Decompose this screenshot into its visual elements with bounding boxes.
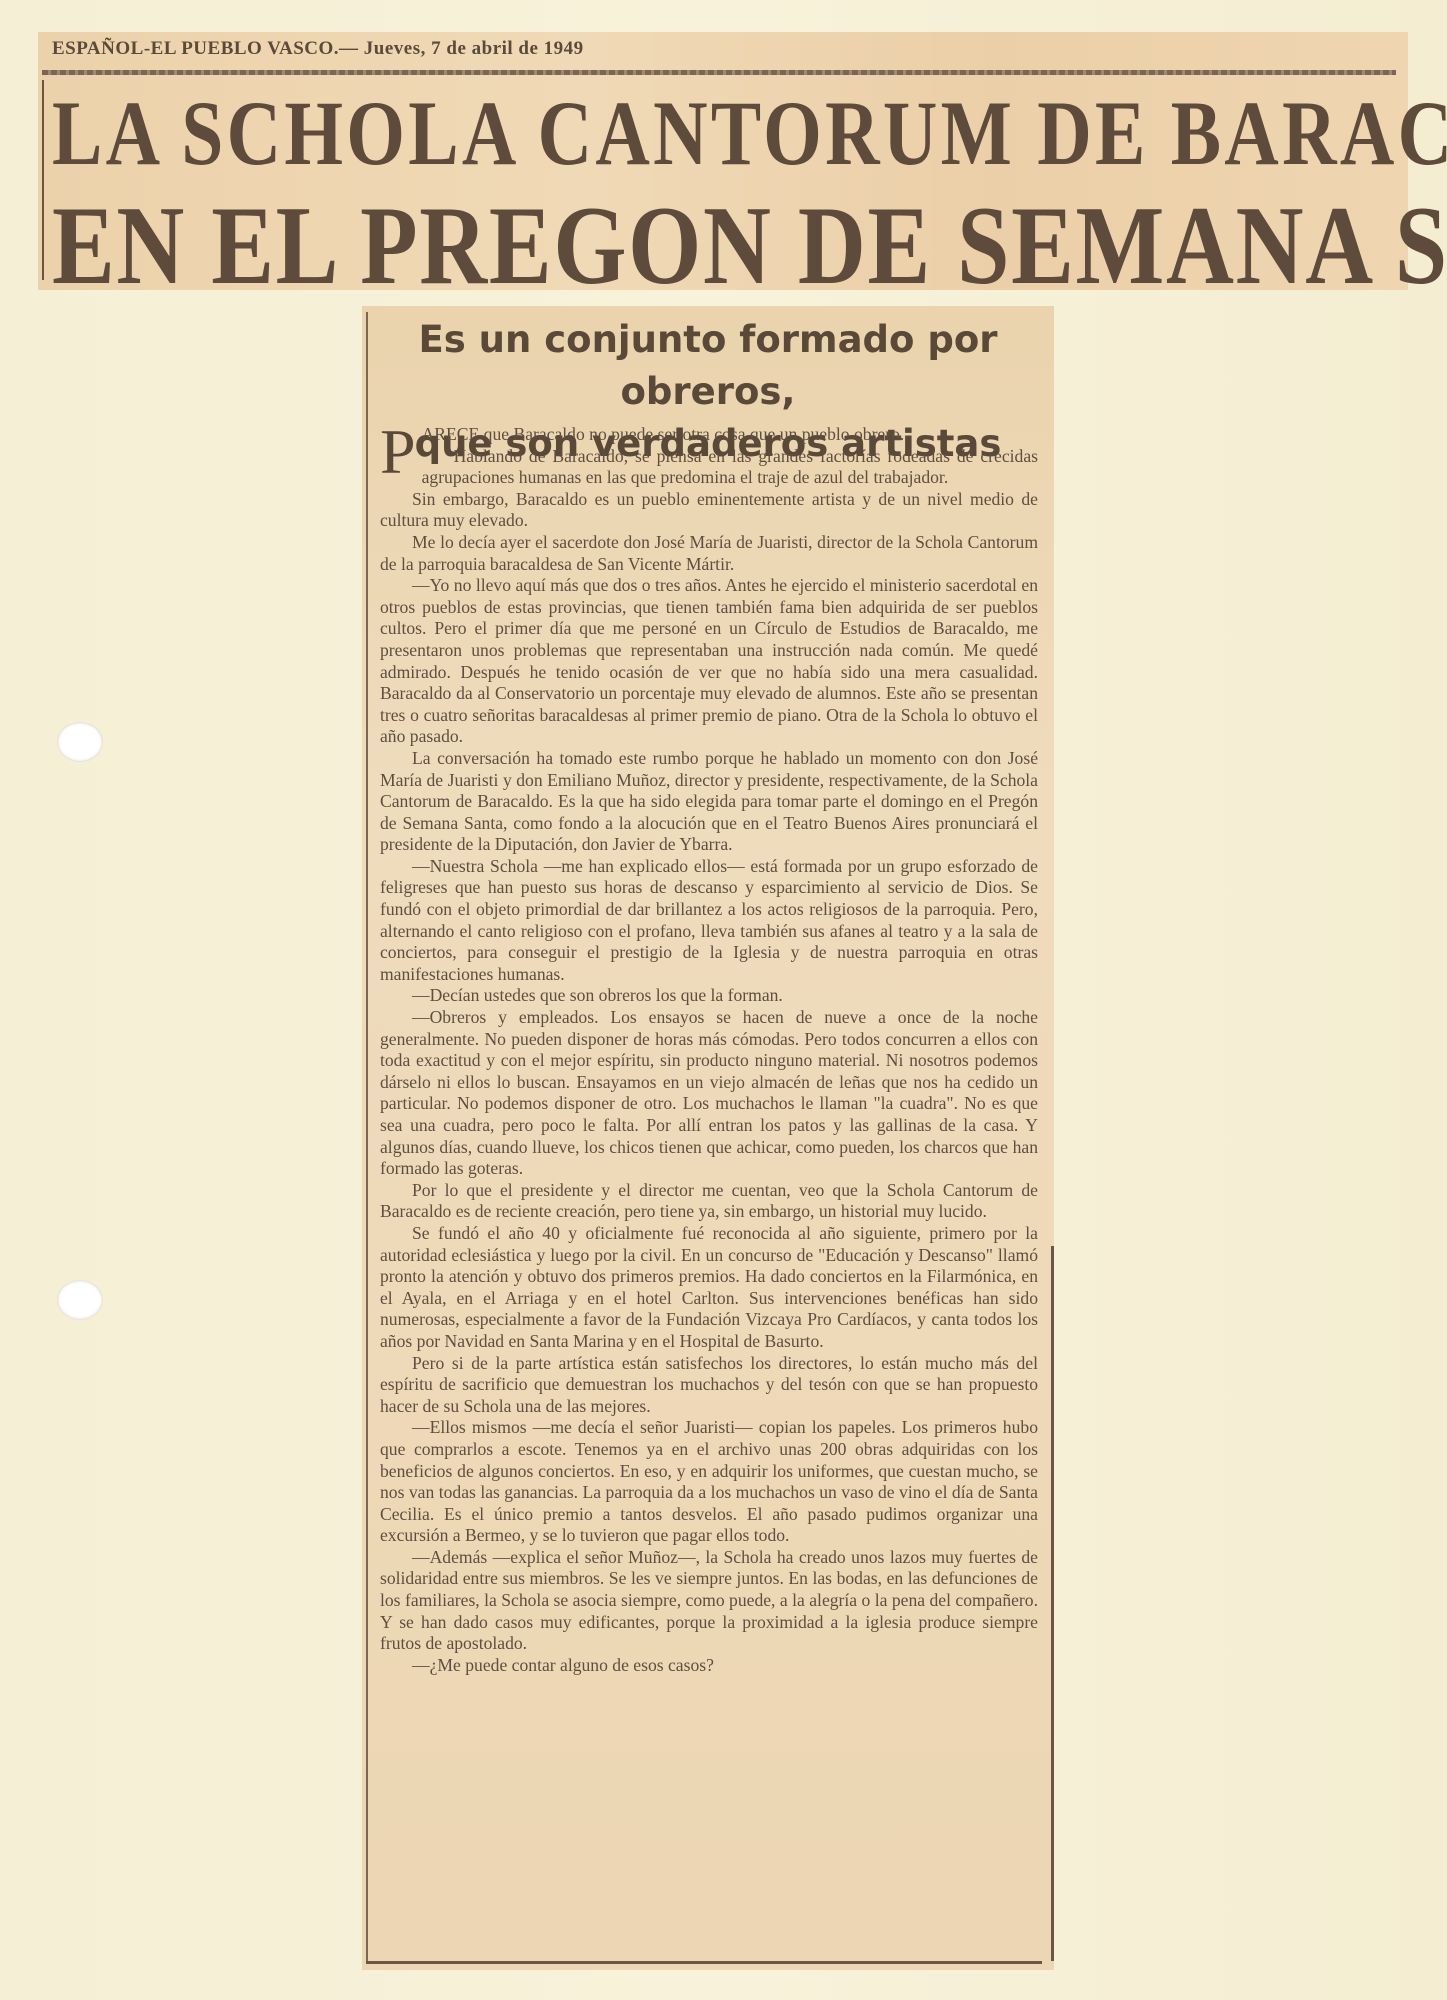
article-paragraph: Pero si de la parte artística están sati…	[380, 1353, 1038, 1418]
article-paragraph: Sin embargo, Baracaldo es un pueblo emin…	[380, 489, 1038, 532]
article-paragraphs: Hablando de Baracaldo, se piensa en las …	[380, 446, 1038, 1677]
article-paragraph: Por lo que el presidente y el director m…	[380, 1180, 1038, 1223]
headline-line-1: LA SCHOLA CANTORUM DE BARACALDO	[52, 80, 1164, 186]
dateline-rule	[42, 70, 1396, 75]
article-paragraph: —Yo no llevo aquí más que dos o tres año…	[380, 575, 1038, 748]
lead-text: ARECE que Baracaldo no puede ser otra co…	[422, 424, 905, 444]
dateline: ESPAÑOL-EL PUEBLO VASCO.— Jueves, 7 de a…	[52, 38, 584, 60]
column-rule-right	[1051, 1246, 1054, 1961]
column-rule-bottom	[366, 1961, 1042, 1964]
article-paragraph: Se fundó el año 40 y oficialmente fué re…	[380, 1223, 1038, 1353]
article-paragraph: —¿Me puede contar alguno de esos casos?	[380, 1655, 1038, 1677]
article-paragraph: —Obreros y empleados. Los ensayos se hac…	[380, 1007, 1038, 1180]
headline-line-2: EN EL PREGON DE SEMANA SANTA	[52, 182, 1191, 311]
drop-cap: P	[380, 426, 416, 478]
article-body: PARECE que Baracaldo no puede ser otra c…	[380, 424, 1038, 1676]
headline-clipping: ESPAÑOL-EL PUEBLO VASCO.— Jueves, 7 de a…	[38, 32, 1408, 290]
article-clipping: Es un conjunto formado por obreros, que …	[362, 306, 1054, 1970]
punch-hole-bottom	[57, 1280, 103, 1320]
punch-hole-top	[57, 722, 103, 762]
headline-rule	[42, 80, 44, 280]
article-paragraph: —Además —explica el señor Muñoz—, la Sch…	[380, 1547, 1038, 1655]
article-lead: PARECE que Baracaldo no puede ser otra c…	[380, 424, 1038, 446]
article-paragraph: —Ellos mismos —me decía el señor Juarist…	[380, 1417, 1038, 1547]
article-paragraph: La conversación ha tomado este rumbo por…	[380, 748, 1038, 856]
article-paragraph: Me lo decía ayer el sacerdote don José M…	[380, 532, 1038, 575]
article-paragraph: Hablando de Baracaldo, se piensa en las …	[380, 446, 1038, 489]
article-paragraph: —Decían ustedes que son obreros los que …	[380, 985, 1038, 1007]
article-paragraph: —Nuestra Schola —me han explicado ellos—…	[380, 856, 1038, 986]
column-rule-left	[366, 312, 368, 1962]
subheadline-line-1: Es un conjunto formado por obreros,	[372, 314, 1044, 418]
